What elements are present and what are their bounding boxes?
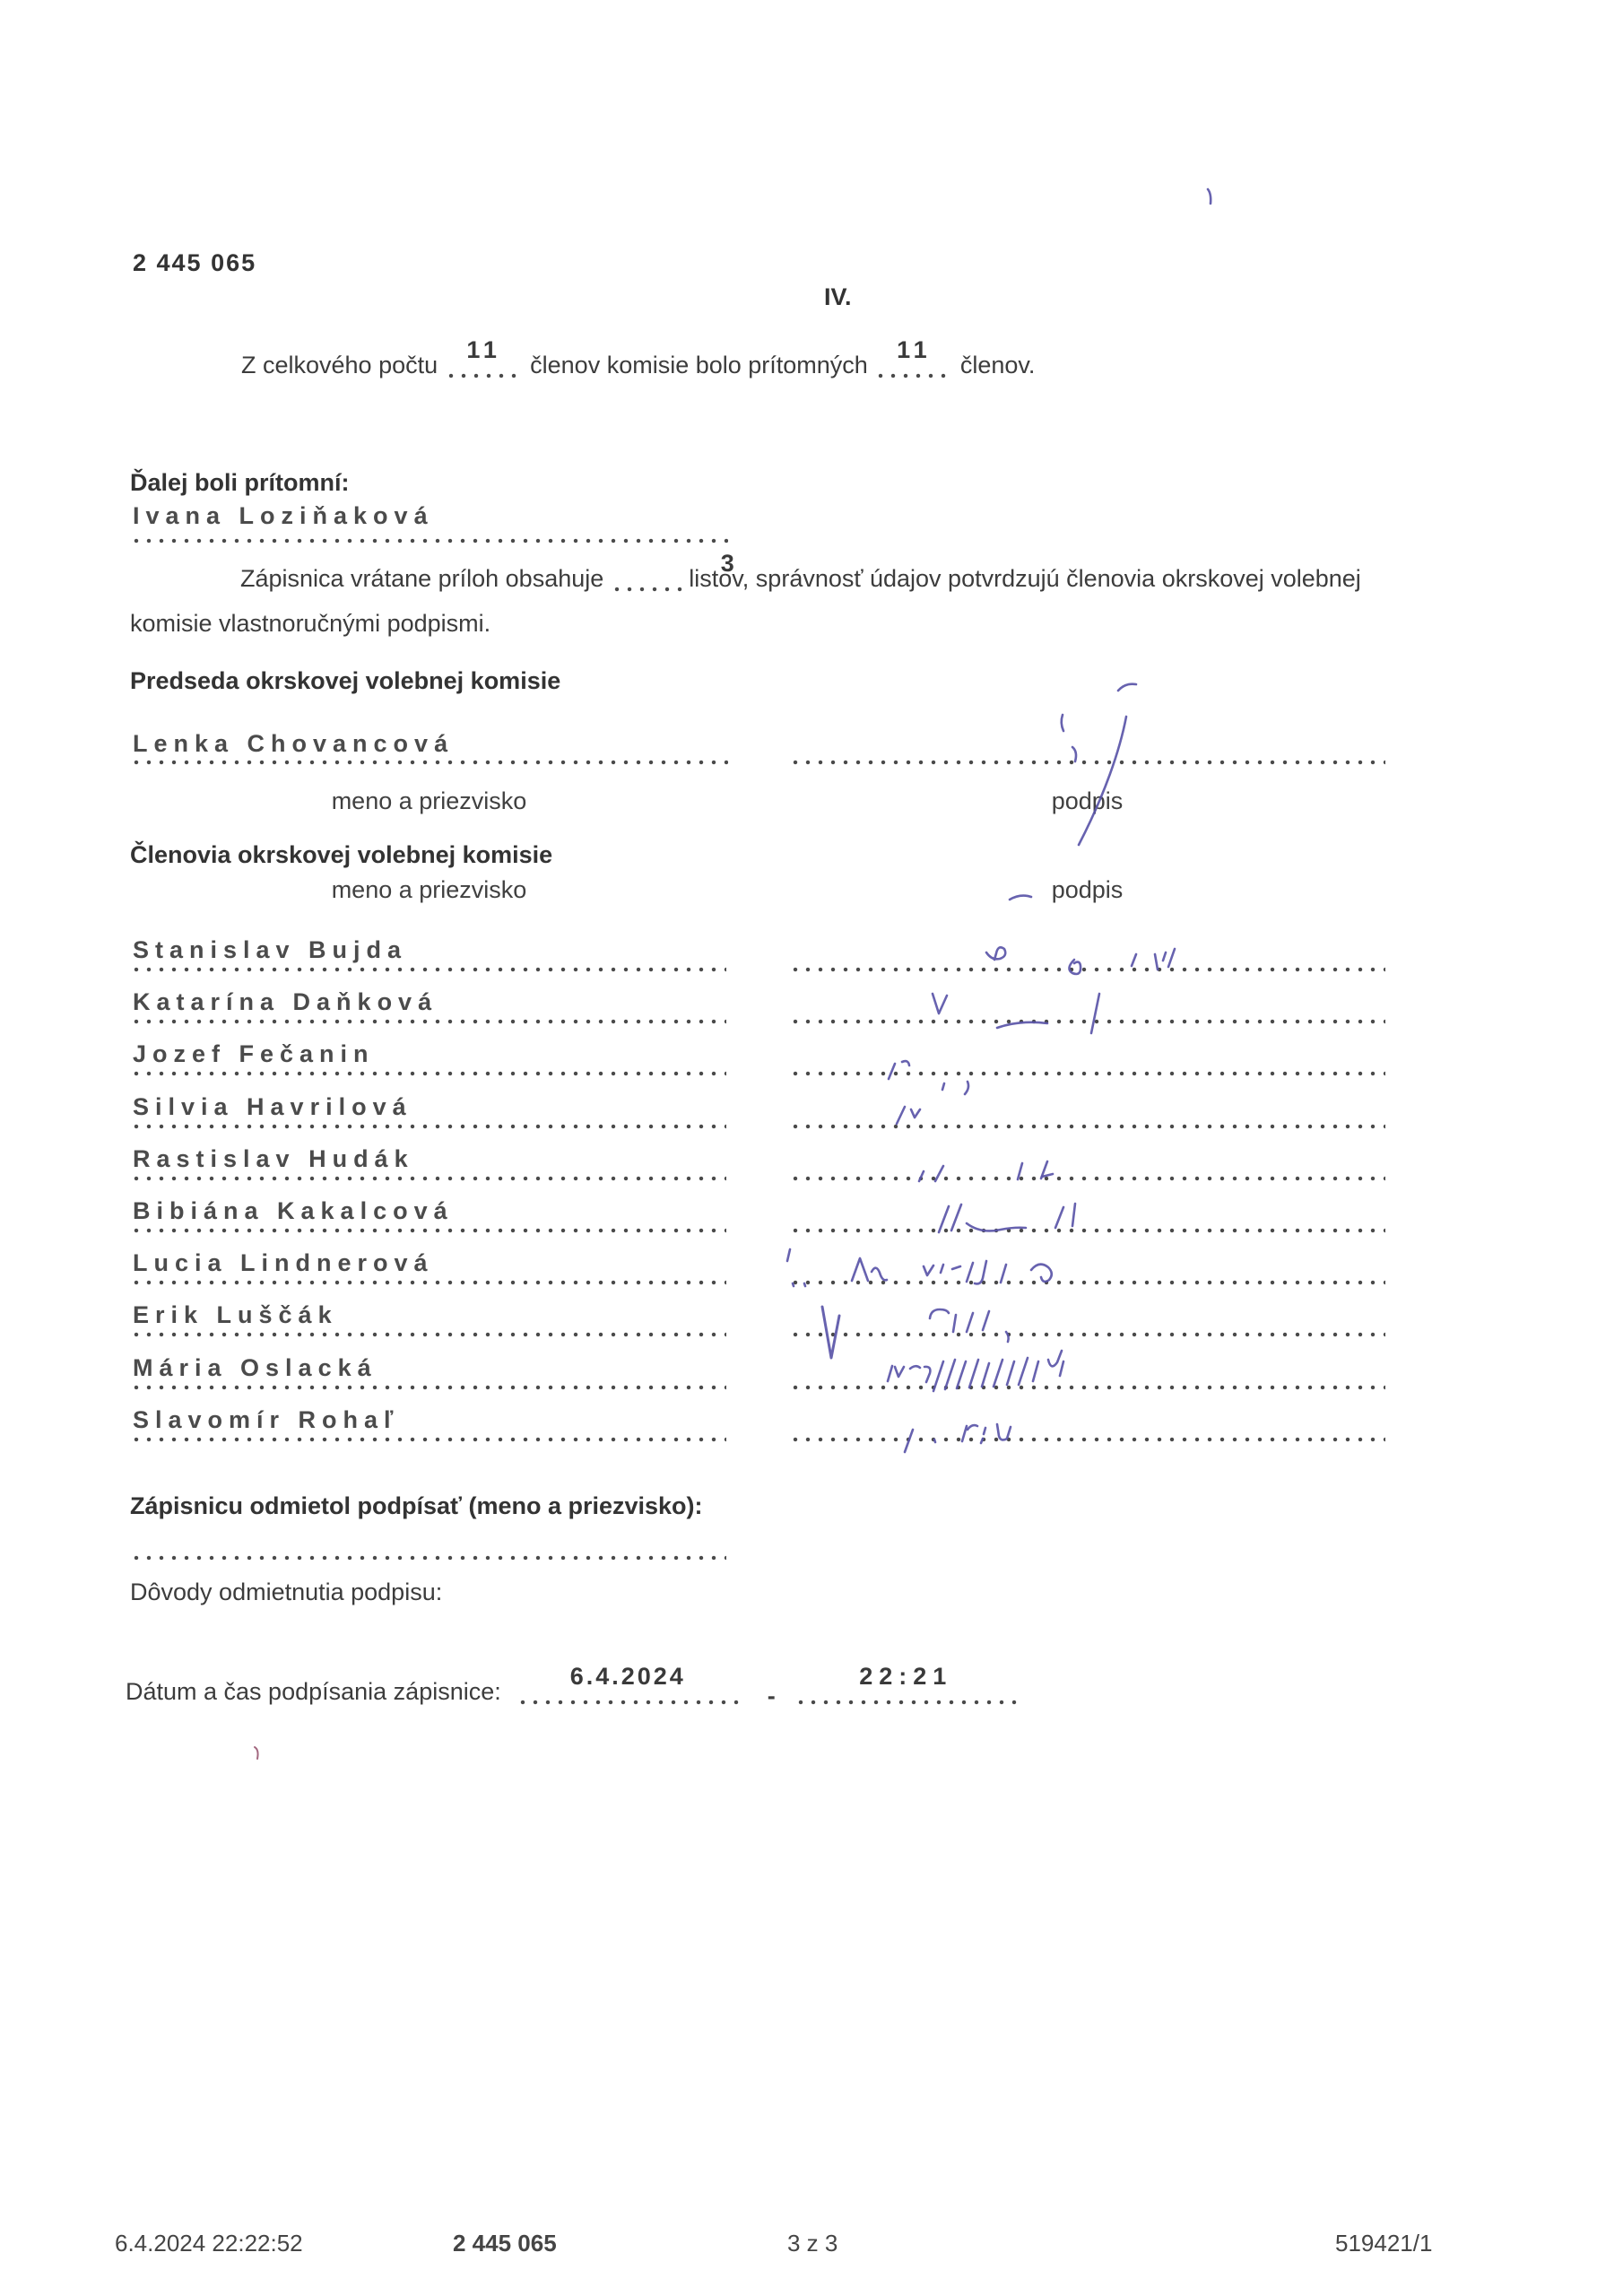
signing-time-line bbox=[794, 1700, 1017, 1705]
member-name-line bbox=[130, 1019, 726, 1024]
signing-time-value: 22:21 bbox=[794, 1663, 1017, 1691]
member-signature-line bbox=[789, 1176, 1385, 1181]
chairman-name: Lenka Chovancová bbox=[133, 730, 454, 758]
member-name: Katarína Daňková bbox=[133, 988, 438, 1016]
chairman-signature-caption: podpis bbox=[789, 787, 1385, 815]
member-row: Erik Luščák bbox=[130, 1301, 1515, 1353]
member-row: Rastislav Hudák bbox=[130, 1145, 1515, 1197]
attachments-sentence-line2: komisie vlastnoručnými podpismi. bbox=[130, 610, 490, 638]
member-signature-line bbox=[789, 1071, 1385, 1076]
signing-date-value: 6.4.2024 bbox=[516, 1663, 739, 1691]
refusal-name-line bbox=[130, 1555, 726, 1561]
member-name-line bbox=[130, 1437, 726, 1442]
present-count-sentence: Z celkového počtu 11 členov komisie bolo… bbox=[241, 352, 1035, 379]
member-signature-line bbox=[789, 1437, 1385, 1442]
chairman-name-line bbox=[130, 760, 728, 765]
also-present-label: Ďalej boli prítomní: bbox=[130, 469, 350, 497]
members-signature-caption: podpis bbox=[789, 876, 1385, 904]
member-name-line bbox=[130, 1228, 726, 1233]
member-row: Slavomír Rohaľ bbox=[130, 1406, 1515, 1458]
member-name: Mária Oslacká bbox=[133, 1354, 378, 1382]
chairman-name-caption: meno a priezvisko bbox=[130, 787, 728, 815]
member-signature-line bbox=[789, 1228, 1385, 1233]
member-name-line bbox=[130, 1385, 726, 1390]
member-name-line bbox=[130, 967, 726, 972]
member-row: Jozef Fečanin bbox=[130, 1040, 1515, 1092]
member-name-line bbox=[130, 1071, 726, 1076]
sheets-value: 3 bbox=[611, 550, 682, 578]
member-name: Lucia Lindnerová bbox=[133, 1249, 434, 1277]
member-name-line bbox=[130, 1124, 726, 1129]
signing-label: Dátum a čas podpísania zápisnice: bbox=[126, 1678, 501, 1705]
member-signature-line bbox=[789, 1332, 1385, 1337]
refusal-heading: Zápisnicu odmietol podpísať (meno a prie… bbox=[130, 1492, 703, 1520]
member-name: Slavomír Rohaľ bbox=[133, 1406, 399, 1434]
member-name: Bibiána Kakalcová bbox=[133, 1197, 454, 1225]
section-title: IV. bbox=[824, 283, 852, 311]
total-members-blank: 11 bbox=[445, 372, 524, 373]
footer-form-number: 2 445 065 bbox=[453, 2230, 557, 2257]
member-row: Bibiána Kakalcová bbox=[130, 1197, 1515, 1249]
also-present-line bbox=[130, 538, 728, 544]
signing-line: Dátum a čas podpísania zápisnice: 6.4.20… bbox=[126, 1678, 1017, 1706]
present-suffix: členov. bbox=[960, 352, 1036, 378]
signing-separator: - bbox=[768, 1683, 776, 1710]
present-members-blank: 11 bbox=[874, 372, 953, 373]
footer-page-indicator: 3 z 3 bbox=[787, 2230, 838, 2257]
member-name-line bbox=[130, 1176, 726, 1181]
also-present-name: Ivana Loziňaková bbox=[133, 502, 434, 530]
member-row: Lucia Lindnerová bbox=[130, 1249, 1515, 1301]
present-members-value: 11 bbox=[874, 336, 953, 364]
present-prefix: Z celkového počtu bbox=[241, 352, 438, 378]
member-row: Silvia Havrilová bbox=[130, 1093, 1515, 1145]
form-number: 2 445 065 bbox=[133, 249, 256, 277]
signing-date-blank: 6.4.2024 bbox=[516, 1699, 739, 1700]
member-signature-line bbox=[789, 1280, 1385, 1285]
footer-timestamp: 6.4.2024 22:22:52 bbox=[115, 2230, 303, 2257]
member-signature-line bbox=[789, 1019, 1385, 1024]
footer-document-code: 519421/1 bbox=[1335, 2230, 1432, 2257]
members-section-label: Členovia okrskovej volebnej komisie bbox=[130, 841, 552, 869]
member-signature-line bbox=[789, 967, 1385, 972]
member-name: Silvia Havrilová bbox=[133, 1093, 412, 1121]
scanned-protocol-page: 2 445 065 IV. Z celkového počtu 11 členo… bbox=[0, 0, 1623, 2296]
attachments-sentence: Zápisnica vrátane príloh obsahuje 3 list… bbox=[130, 565, 1361, 593]
attachments-suffix: listov, správnosť údajov potvrdzujú člen… bbox=[689, 565, 1361, 592]
chairman-section-label: Predseda okrskovej volebnej komisie bbox=[130, 667, 560, 695]
member-signature-line bbox=[789, 1124, 1385, 1129]
present-middle: členov komisie bolo prítomných bbox=[530, 352, 868, 378]
member-name: Stanislav Bujda bbox=[133, 936, 407, 964]
signing-date-line bbox=[516, 1700, 739, 1705]
sheets-line bbox=[611, 587, 682, 592]
total-members-line bbox=[445, 373, 524, 378]
total-members-value: 11 bbox=[445, 336, 524, 364]
member-name: Rastislav Hudák bbox=[133, 1145, 414, 1173]
sheets-blank: 3 bbox=[611, 586, 682, 587]
present-members-line bbox=[874, 373, 953, 378]
member-row: Stanislav Bujda bbox=[130, 936, 1515, 988]
refusal-reasons-label: Dôvody odmietnutia podpisu: bbox=[130, 1578, 442, 1606]
member-name: Jozef Fečanin bbox=[133, 1040, 375, 1068]
member-name-line bbox=[130, 1332, 726, 1337]
member-row: Mária Oslacká bbox=[130, 1354, 1515, 1406]
member-name: Erik Luščák bbox=[133, 1301, 338, 1329]
member-name-line bbox=[130, 1280, 726, 1285]
signing-time-blank: 22:21 bbox=[794, 1699, 1017, 1700]
member-row: Katarína Daňková bbox=[130, 988, 1515, 1040]
member-signature-line bbox=[789, 1385, 1385, 1390]
members-name-caption: meno a priezvisko bbox=[130, 876, 728, 904]
chairman-signature-line bbox=[789, 760, 1385, 765]
attachments-prefix: Zápisnica vrátane príloh obsahuje bbox=[240, 565, 603, 592]
